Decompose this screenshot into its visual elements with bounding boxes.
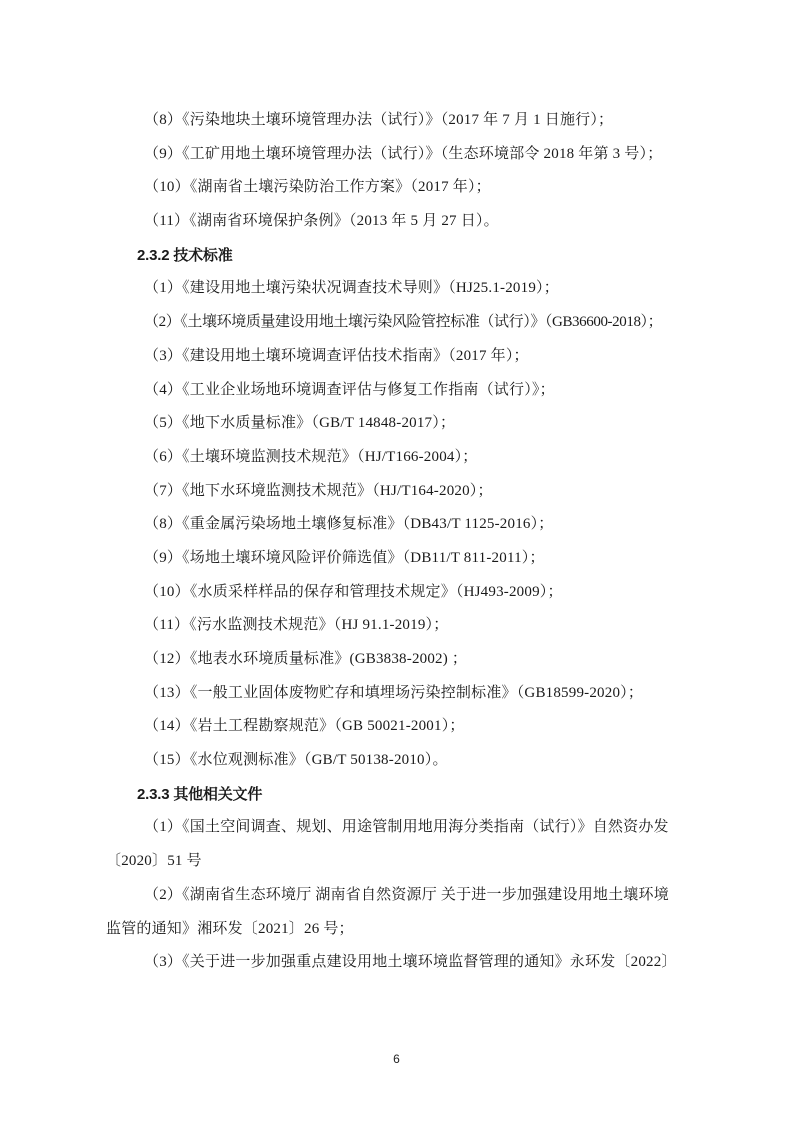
item-text: 《湖南省土壤污染防治工作方案》（2017 年）； xyxy=(190,179,491,195)
item-number: （8） xyxy=(144,516,182,532)
item-number: （1） xyxy=(144,280,182,296)
item-number: （3） xyxy=(144,348,182,364)
item-text: 《建设用地土壤污染状况调查技术导则》（HJ25.1-2019）； xyxy=(182,280,559,296)
section-heading-2-3-2: 2.3.2 技术标准 xyxy=(106,239,700,273)
item-number: （14） xyxy=(144,718,190,734)
list-item: （5）《地下水质量标准》（GB/T 14848-2017）； xyxy=(106,407,700,441)
item-number: （11） xyxy=(144,617,189,633)
list-item: （13）《一般工业固体废物贮存和填埋场污染控制标准》（GB18599-2020）… xyxy=(106,677,700,711)
list-item: （10）《水质采样样品的保存和管理技术规定》（HJ493-2009）； xyxy=(106,576,700,610)
item-text: 《关于进一步加强重点建设用地土壤环境监督管理的通知》永环发〔2022〕 xyxy=(182,954,677,970)
item-number: （5） xyxy=(144,415,182,431)
item-text: 《国土空间调查、规划、用途管制用地用海分类指南（试行）》自然资办发 xyxy=(182,819,669,835)
item-number: （9） xyxy=(144,550,182,566)
list-item: （1）《国土空间调查、规划、用途管制用地用海分类指南（试行）》自然资办发 xyxy=(106,811,700,845)
item-number: （1） xyxy=(144,819,182,835)
item-number: （15） xyxy=(144,752,190,768)
list-item: （10）《湖南省土壤污染防治工作方案》（2017 年）； xyxy=(106,171,700,205)
item-number: （11） xyxy=(144,213,189,229)
item-text: 《工矿用地土壤环境管理办法（试行）》（生态环境部令 2018 年第 3 号）； xyxy=(182,146,662,162)
item-text: 《一般工业固体废物贮存和填埋场污染控制标准》（GB18599-2020）； xyxy=(190,685,643,701)
item-text: 《湖南省生态环境厅 湖南省自然资源厅 关于进一步加强建设用地土壤环境 xyxy=(182,887,669,903)
item-text: 《水质采样样品的保存和管理技术规定》（HJ493-2009）； xyxy=(190,584,563,600)
list-item: （14）《岩土工程勘察规范》（GB 50021-2001）； xyxy=(106,710,700,744)
item-number: （12） xyxy=(144,651,190,667)
item-text: 《岩土工程勘察规范》（GB 50021-2001）； xyxy=(190,718,465,734)
section-heading-2-3-3: 2.3.3 其他相关文件 xyxy=(106,778,700,812)
item-text: 《地下水质量标准》（GB/T 14848-2017）； xyxy=(182,415,455,431)
list-item: （9）《场地土壤环境风险评价筛选值》（DB11/T 811-2011）； xyxy=(106,542,700,576)
list-item: （7）《地下水环境监测技术规范》（HJ/T164-2020）； xyxy=(106,475,700,509)
item-text: 《建设用地土壤环境调查评估技术指南》（2017 年）； xyxy=(182,348,529,364)
item-text: 《土壤环境质量建设用地土壤污染风险管控标准（试行）》（GB36600-2018）… xyxy=(180,314,662,330)
item-text: 《工业企业场地环境调查评估与修复工作指南（试行）》； xyxy=(182,382,555,398)
list-item: （3）《关于进一步加强重点建设用地土壤环境监督管理的通知》永环发〔2022〕 xyxy=(106,946,700,980)
item-text: 《场地土壤环境风险评价筛选值》（DB11/T 811-2011）； xyxy=(182,550,545,566)
document-page: （8）《污染地块土壤环境管理办法（试行）》（2017 年 7 月 1 日施行）；… xyxy=(0,0,793,1122)
list-item: （15）《水位观测标准》（GB/T 50138-2010）。 xyxy=(106,744,700,778)
item-number: （8） xyxy=(144,112,182,128)
item-text: 《污染地块土壤环境管理办法（试行）》（2017 年 7 月 1 日施行）； xyxy=(182,112,613,128)
item-number: （7） xyxy=(144,483,182,499)
list-item: （8）《污染地块土壤环境管理办法（试行）》（2017 年 7 月 1 日施行）； xyxy=(106,104,700,138)
list-item: （4）《工业企业场地环境调查评估与修复工作指南（试行）》； xyxy=(106,374,700,408)
list-item: （2）《湖南省生态环境厅 湖南省自然资源厅 关于进一步加强建设用地土壤环境 xyxy=(106,879,700,913)
item-number: （10） xyxy=(144,584,190,600)
list-item-continuation: 监管的通知》湘环发〔2021〕26 号； xyxy=(106,913,700,947)
item-number: （9） xyxy=(144,146,182,162)
list-item: （12）《地表水环境质量标准》(GB3838-2002) ； xyxy=(106,643,700,677)
item-text: 《土壤环境监测技术规范》（HJ/T166-2004）； xyxy=(182,449,477,465)
item-number: （4） xyxy=(144,382,182,398)
item-number: （13） xyxy=(144,685,190,701)
page-number: 6 xyxy=(0,1052,793,1066)
list-item: （6）《土壤环境监测技术规范》（HJ/T166-2004）； xyxy=(106,441,700,475)
list-item-continuation: 〔2020〕51 号 xyxy=(106,845,700,879)
item-text: 《湖南省环境保护条例》（2013 年 5 月 27 日）。 xyxy=(189,213,499,229)
list-item: （1）《建设用地土壤污染状况调查技术导则》（HJ25.1-2019）； xyxy=(106,272,700,306)
list-item: （11）《污水监测技术规范》（HJ 91.1-2019）； xyxy=(106,609,700,643)
item-text: 《地表水环境质量标准》(GB3838-2002) ； xyxy=(190,651,467,667)
list-item: （9）《工矿用地土壤环境管理办法（试行）》（生态环境部令 2018 年第 3 号… xyxy=(106,138,700,172)
item-text: 《地下水环境监测技术规范》（HJ/T164-2020）； xyxy=(182,483,493,499)
item-number: （3） xyxy=(144,954,182,970)
list-item: （11）《湖南省环境保护条例》（2013 年 5 月 27 日）。 xyxy=(106,205,700,239)
item-text: 《水位观测标准》（GB/T 50138-2010）。 xyxy=(190,752,448,768)
item-number: （2） xyxy=(144,887,182,903)
item-text: 《重金属污染场地土壤修复标准》（DB43/T 1125-2016）； xyxy=(182,516,553,532)
item-number: （6） xyxy=(144,449,182,465)
item-text: 《污水监测技术规范》（HJ 91.1-2019）； xyxy=(189,617,448,633)
item-number: （2） xyxy=(144,314,180,330)
list-item: （2）《土壤环境质量建设用地土壤污染风险管控标准（试行）》（GB36600-20… xyxy=(106,306,700,340)
page-content: （8）《污染地块土壤环境管理办法（试行）》（2017 年 7 月 1 日施行）；… xyxy=(106,104,700,980)
list-item: （8）《重金属污染场地土壤修复标准》（DB43/T 1125-2016）； xyxy=(106,508,700,542)
item-number: （10） xyxy=(144,179,190,195)
list-item: （3）《建设用地土壤环境调查评估技术指南》（2017 年）； xyxy=(106,340,700,374)
